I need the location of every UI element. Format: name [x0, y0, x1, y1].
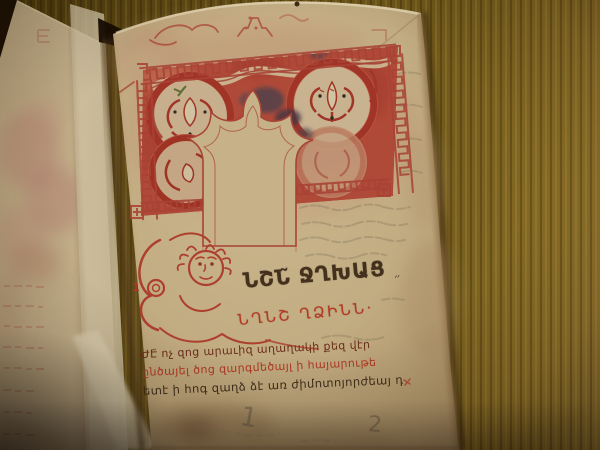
- pencil-mark-2: 2: [367, 412, 383, 438]
- bottom-edge-shadow: [150, 446, 460, 450]
- body-text-block: ԺԷ̃ ոչ զոց արաւիզ աղաղակի քեզ վէր ընծայե…: [141, 335, 404, 400]
- folio-number: 1: [132, 281, 140, 294]
- photograph-of-manuscript: 1 ՆՇՆ̃ ՋՂԽԱՑ ״ ՆՂՆՇ ՂՁԻՆՆ· ԺԷ̃ ոչ զոց ար…: [0, 0, 600, 450]
